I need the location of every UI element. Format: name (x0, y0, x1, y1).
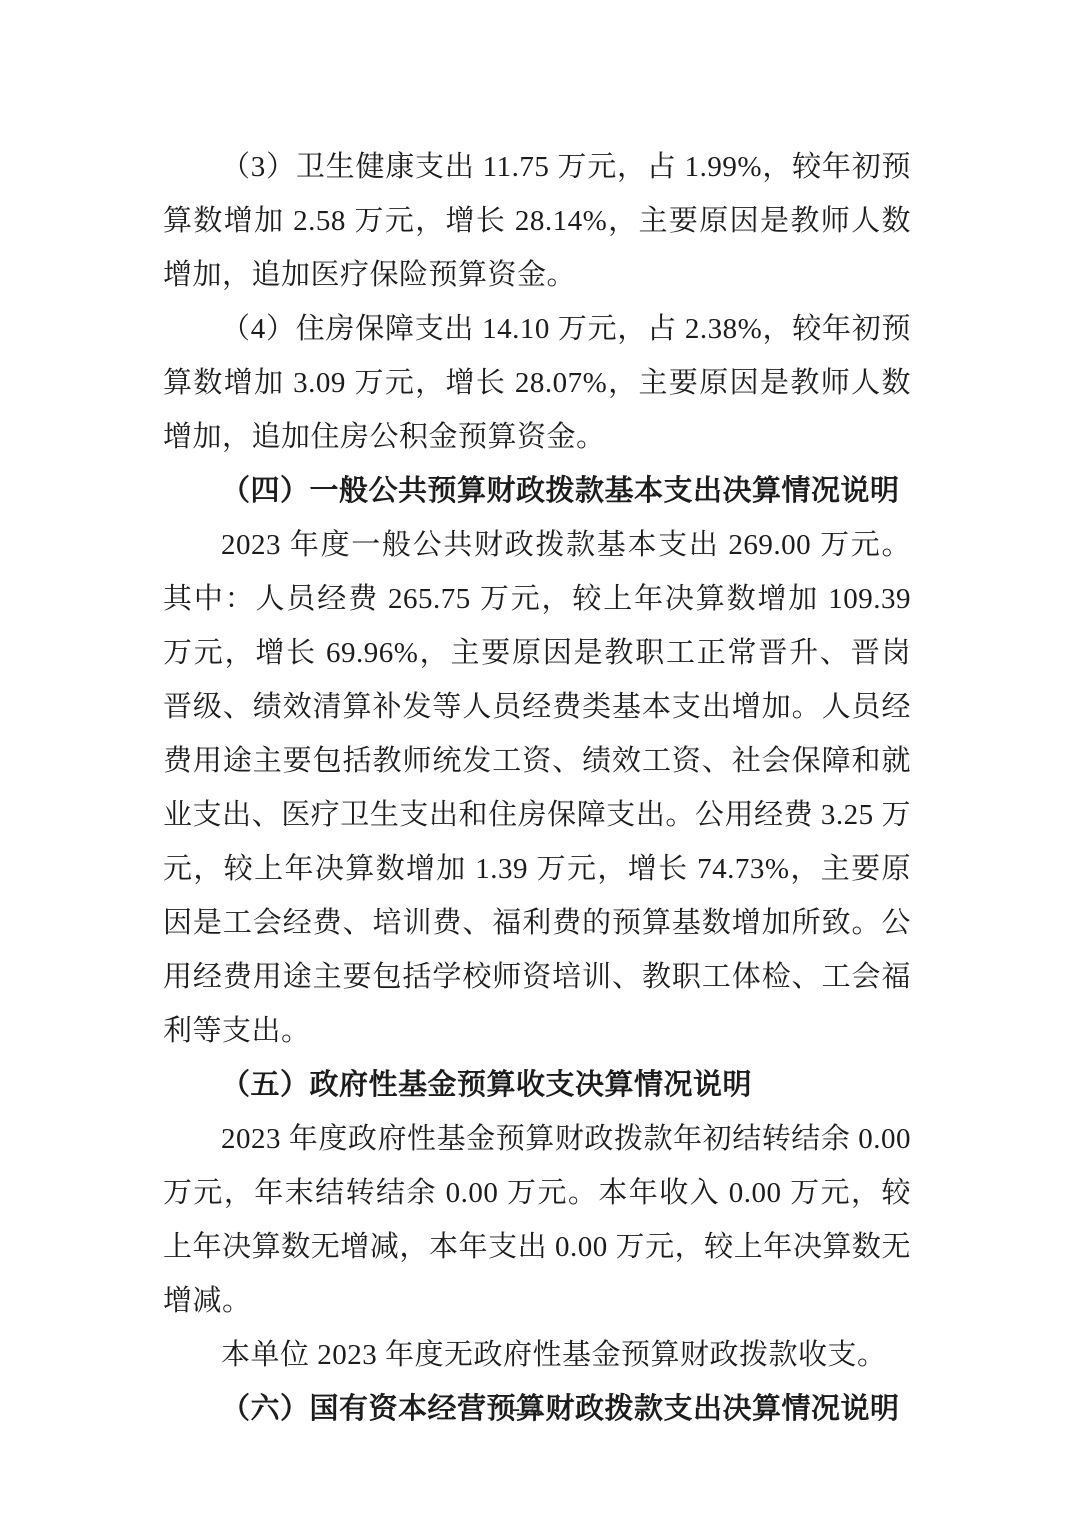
heading-section-five-gov-fund: （五）政府性基金预算收支决算情况说明 (163, 1058, 911, 1112)
paragraph-health-expenditure: （3）卫生健康支出 11.75 万元，占 1.99%，较年初预算数增加 2.58… (163, 140, 911, 302)
document-content: （3）卫生健康支出 11.75 万元，占 1.99%，较年初预算数增加 2.58… (163, 140, 911, 1436)
paragraph-no-gov-fund: 本单位 2023 年度无政府性基金预算财政拨款收支。 (163, 1328, 911, 1382)
paragraph-housing-expenditure: （4）住房保障支出 14.10 万元，占 2.38%，较年初预算数增加 3.09… (163, 302, 911, 464)
heading-section-four-basic-expenditure: （四）一般公共预算财政拨款基本支出决算情况说明 (163, 464, 911, 518)
page-number: - 4 - (512, 1396, 562, 1422)
document-page: （3）卫生健康支出 11.75 万元，占 1.99%，较年初预算数增加 2.58… (0, 0, 1074, 1520)
paragraph-basic-expenditure-detail: 2023 年度一般公共财政拨款基本支出 269.00 万元。其中：人员经费 26… (163, 518, 911, 1058)
page-footer: - 4 - (0, 1396, 1074, 1423)
paragraph-gov-fund-detail: 2023 年度政府性基金预算财政拨款年初结转结余 0.00 万元，年末结转结余 … (163, 1112, 911, 1328)
